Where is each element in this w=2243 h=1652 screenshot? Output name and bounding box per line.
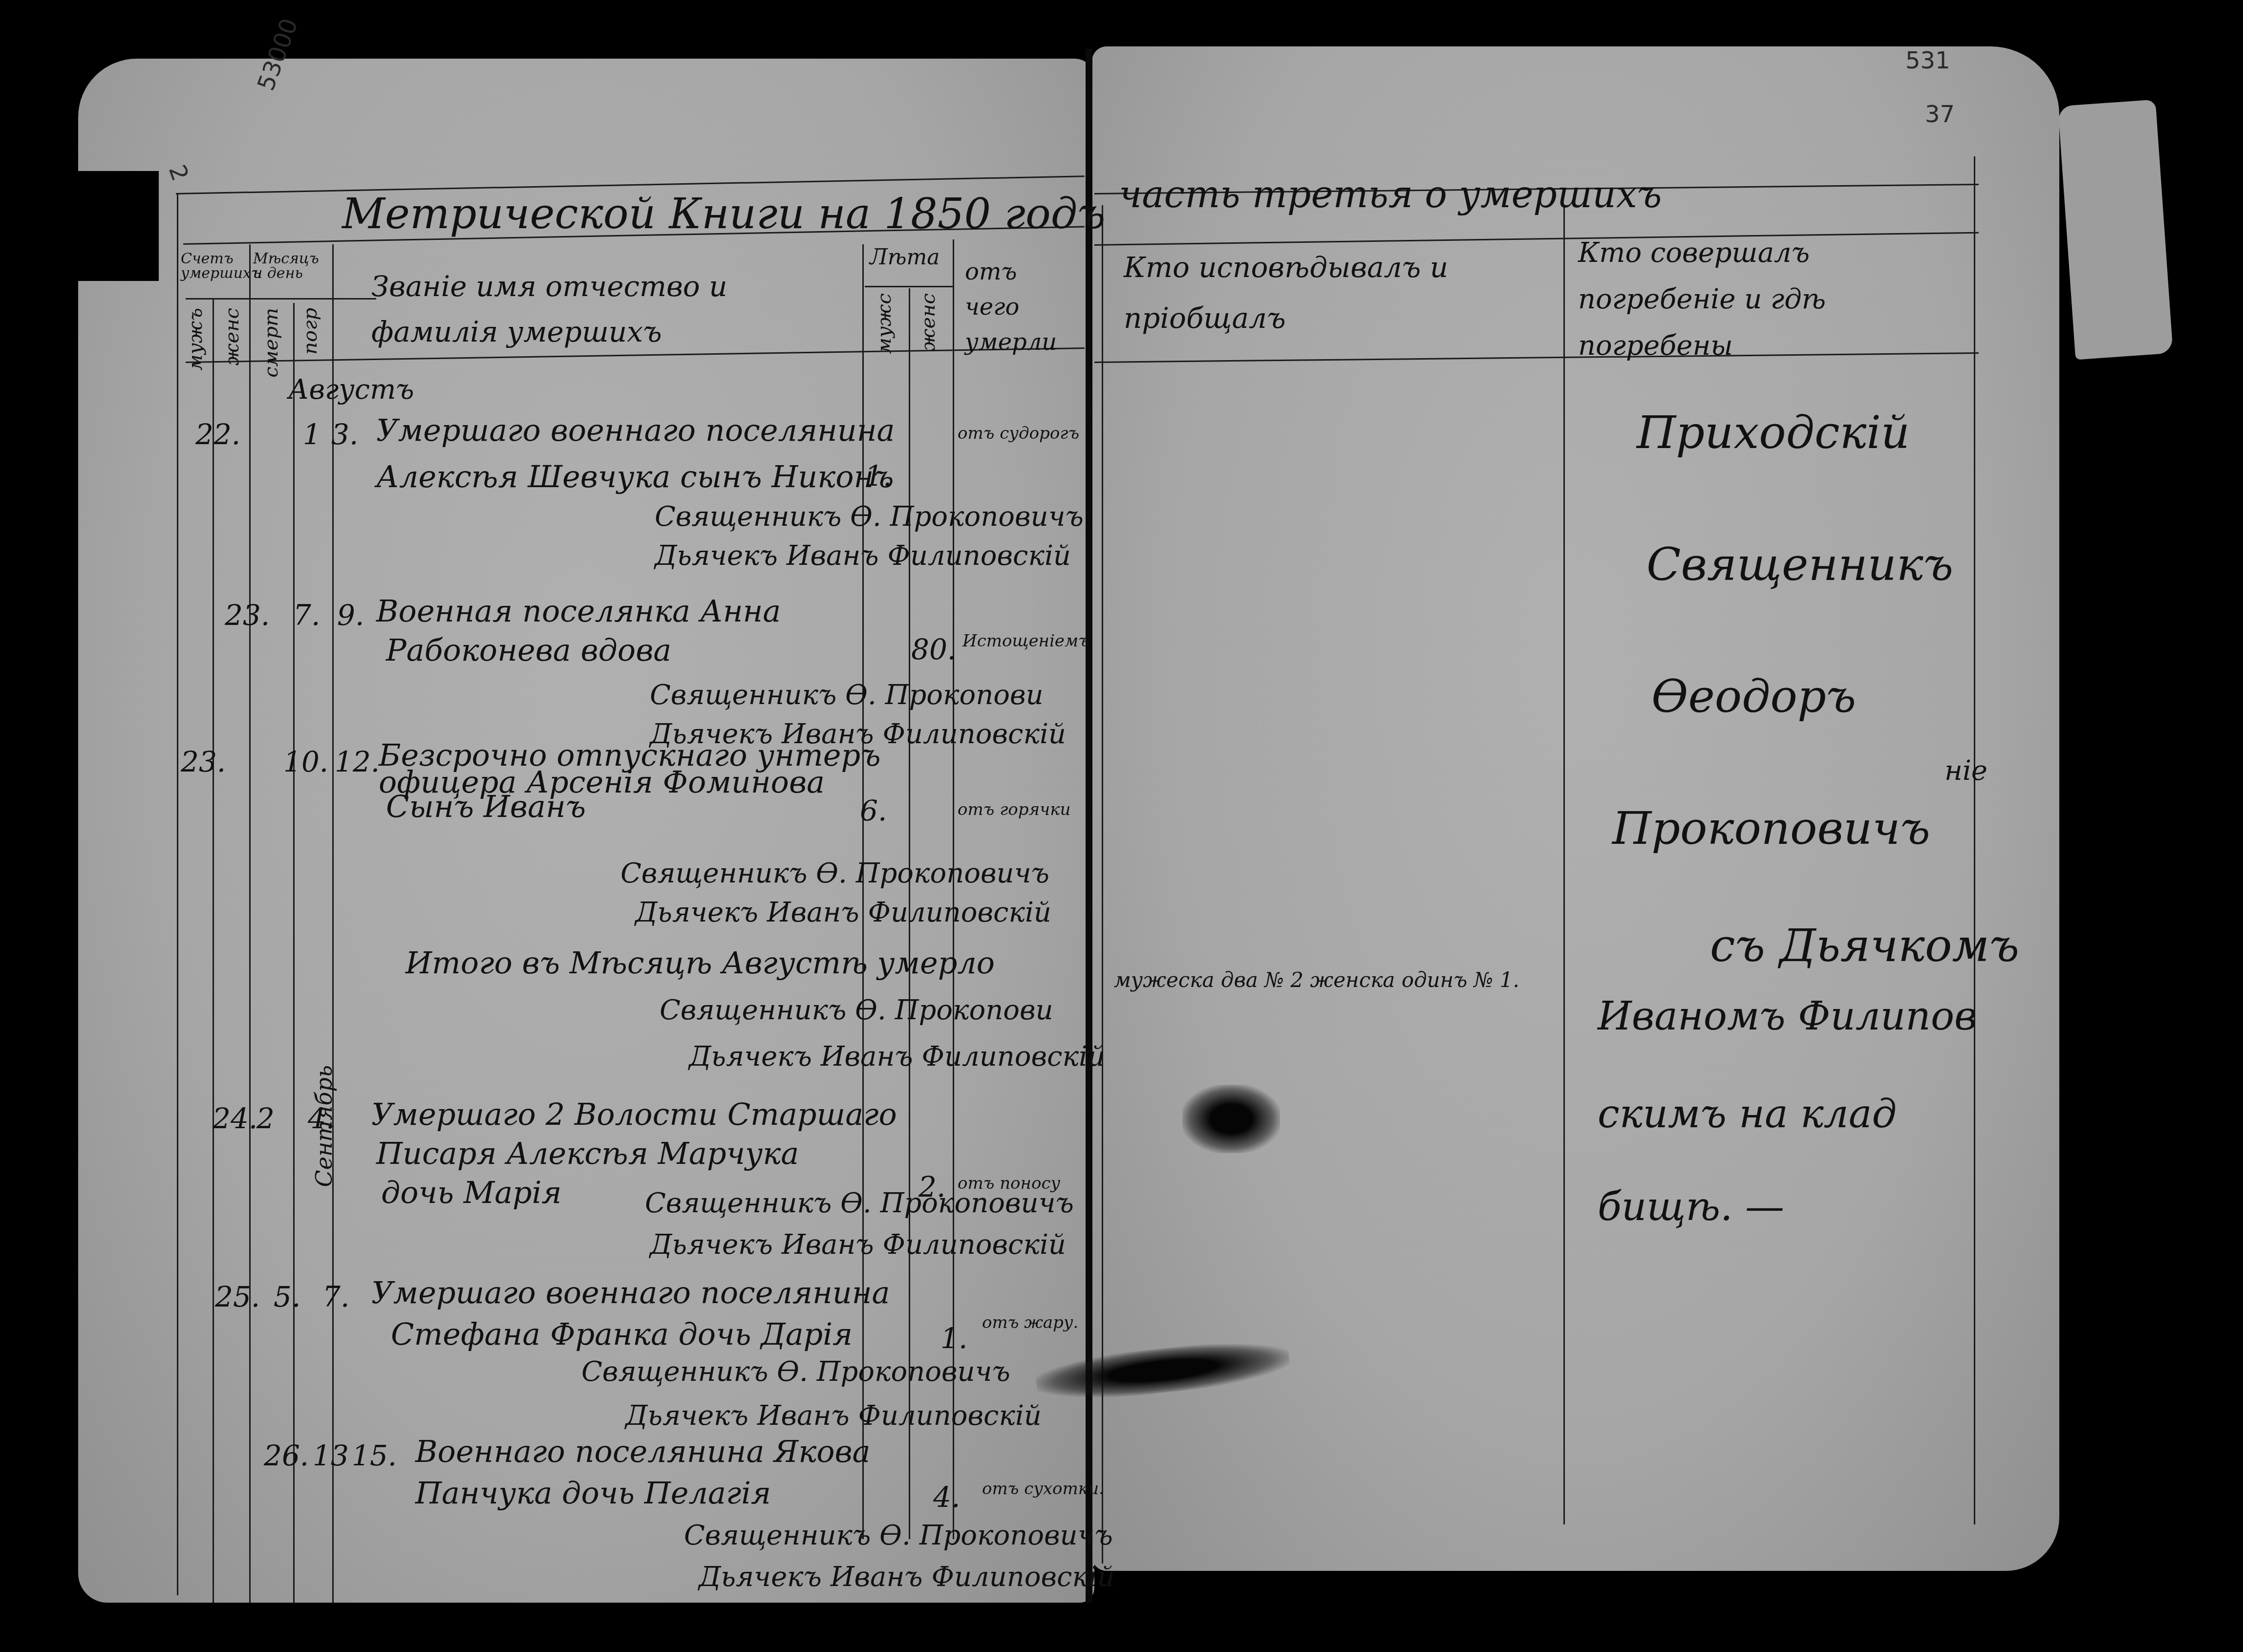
burial-note-line: Иваномъ Филипов xyxy=(1598,997,1977,1036)
burial-note-line: Ѳеодоръ xyxy=(1651,674,1856,719)
name-line: Военная поселянка Анна xyxy=(376,596,781,626)
burial-day: 7. xyxy=(322,1283,349,1311)
priest-signature: Священникъ Ѳ. Прокоповичъ xyxy=(684,1522,1113,1549)
header-male: мужъ xyxy=(186,308,205,371)
cause-of-death: отъ сухотки. xyxy=(982,1480,1104,1497)
priest-signature: Священникъ Ѳ. Прокоповичъ xyxy=(655,503,1084,531)
left-page-title: Метрической Книги на 1850 годъ xyxy=(342,193,1106,235)
header-name: Званіе имя отчество и фамилія умершихъ xyxy=(371,264,850,355)
cause-of-death: отъ жару. xyxy=(982,1314,1078,1331)
header-death-count: Счетъ умершихъ xyxy=(181,252,252,281)
age-female: 1. xyxy=(940,1324,967,1352)
col-rule-death-burial xyxy=(293,303,295,1603)
priest-signature: Священникъ Ѳ. Прокопови xyxy=(650,682,1044,709)
name-line: Писаря Алексѣя Марчука xyxy=(376,1138,799,1169)
burial-day: 9. xyxy=(337,601,364,629)
deacon-signature: Дьячекъ Иванъ Филиповскій xyxy=(635,899,1051,926)
name-line: Алексѣя Шевчука сынъ Никонъ xyxy=(376,462,894,492)
cause-of-death: отъ судорогъ xyxy=(958,425,1079,442)
priest-signature: Священникъ Ѳ. Прокоповичъ xyxy=(645,1190,1074,1217)
header-cause: отъ чего умерли xyxy=(965,254,1063,360)
right-col-rule-middle xyxy=(1563,205,1565,1524)
entry-number-female: 26. xyxy=(264,1441,309,1470)
header-female: женс xyxy=(222,308,242,365)
header-age: Лѣта xyxy=(870,247,940,268)
death-day: 1 xyxy=(303,420,321,449)
deacon-signature: Дьячекъ Иванъ Филиповскій xyxy=(625,1402,1042,1430)
death-day: 2 xyxy=(256,1104,275,1133)
age-male: 1. xyxy=(865,462,892,490)
burial-note-margin-insert: ніе xyxy=(1944,757,1987,785)
burial-day: 3. xyxy=(331,420,358,449)
header-age-female: женс xyxy=(919,293,938,351)
entry-number-female: 23. xyxy=(225,601,270,629)
subheader-rule-left xyxy=(186,298,376,300)
burial-note-line: бищѣ. — xyxy=(1598,1187,1784,1226)
entry-number-female: 24. xyxy=(213,1104,257,1133)
month-august: Августъ xyxy=(288,376,414,404)
name-line: Панчука дочь Пелагія xyxy=(415,1478,771,1508)
entry-number-male: 23. xyxy=(181,748,226,776)
deacon-signature: Дьячекъ Иванъ Филиповскій xyxy=(689,1043,1105,1071)
death-day: 13 xyxy=(313,1441,349,1470)
col-rule-female-day xyxy=(249,244,251,1603)
age-male: 6. xyxy=(860,796,887,825)
burial-note-line: Приходскій xyxy=(1637,410,1910,455)
header-month-day: Мѣсяцъ и день xyxy=(253,252,331,281)
name-line: Рабоконева вдова xyxy=(386,635,671,665)
header-death-day: смерт xyxy=(261,308,281,378)
binding-tab xyxy=(73,171,159,281)
death-day: 10. xyxy=(283,748,328,776)
burial-note-line: съ Дьячкомъ xyxy=(1710,923,2019,968)
burial-day: 15. xyxy=(352,1441,397,1470)
name-line: Военнаго поселянина Якова xyxy=(415,1437,871,1467)
header-age-male: мужс xyxy=(875,293,894,354)
ink-blot xyxy=(1182,1085,1280,1153)
subheader-rule-age xyxy=(865,286,953,287)
col-rule-outer xyxy=(177,193,178,1595)
name-line: Стефана Франка дочь Дарія xyxy=(391,1319,853,1350)
header-confessor: Кто исповѣдывалъ и пріобщалъ xyxy=(1124,242,1544,344)
entry-number-female: 25. xyxy=(215,1283,260,1311)
death-day: 5. xyxy=(274,1283,300,1311)
name-line: дочь Марія xyxy=(381,1178,562,1208)
name-line: Умершаго военнаго поселянина xyxy=(371,1278,890,1308)
page-number: 37 xyxy=(1925,103,1955,126)
deacon-signature: Дьячекъ Иванъ Филиповскій xyxy=(655,542,1071,570)
burial-day: 12. xyxy=(335,748,380,776)
register-spread: 53000 2 531 37 Метрической Книги на 1850… xyxy=(0,0,2243,1652)
burial-note-line: Прокоповичъ xyxy=(1612,806,1930,851)
burial-note-line: скимъ на клад xyxy=(1598,1094,1897,1134)
age-female: 4. xyxy=(933,1483,960,1511)
col-rule-male-female xyxy=(213,298,214,1603)
entry-number-male: 22. xyxy=(195,420,240,449)
summary-line: Итого въ Мѣсяцѣ Августѣ умерло xyxy=(406,948,995,978)
priest-signature: Священникъ Ѳ. Прокопови xyxy=(660,997,1053,1024)
name-line: Сынъ Иванъ xyxy=(386,792,586,822)
name-line: Умершаго 2 Волости Старшаго xyxy=(371,1099,897,1130)
torn-paper-flap xyxy=(2058,100,2173,360)
right-col-rule-right xyxy=(1974,156,1975,1524)
burial-day: 4. xyxy=(308,1104,335,1133)
cause-of-death: отъ горячки xyxy=(958,801,1070,818)
header-burial: Кто совершалъ погребеніе и гдѣ погребены xyxy=(1578,230,1969,369)
deacon-signature: Дьячекъ Иванъ Филиповскій xyxy=(699,1564,1115,1591)
death-day: 7. xyxy=(293,601,320,629)
cause-of-death: Истощеніемъ xyxy=(962,633,1089,649)
name-line: Умершаго военнаго поселянина xyxy=(376,415,895,446)
folio-number: 531 xyxy=(1905,49,1950,72)
header-burial-day: погр xyxy=(300,308,320,355)
priest-signature: Священникъ Ѳ. Прокоповичъ xyxy=(620,860,1049,887)
burial-note-line: Священникъ xyxy=(1646,542,1953,587)
deacon-signature: Дьячекъ Иванъ Филиповскій xyxy=(650,1231,1066,1259)
summary-count-note: мужеска два № 2 женска одинъ № 1. xyxy=(1114,970,1519,990)
right-page-title: часть третья о умершихъ xyxy=(1119,176,1662,213)
priest-signature: Священникъ Ѳ. Прокоповичъ xyxy=(581,1358,1010,1386)
age-female: 80. xyxy=(911,635,956,664)
